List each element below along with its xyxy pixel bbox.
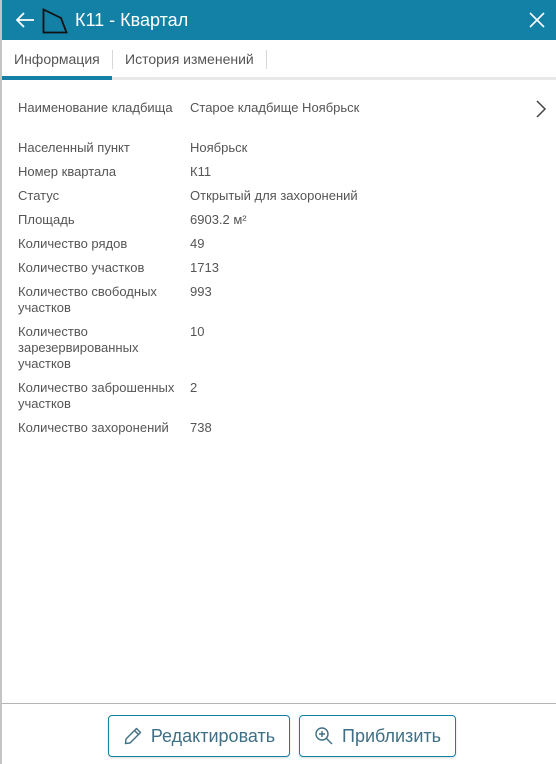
field-label: Количество свободных участков (18, 284, 178, 316)
panel-title: К11 - Квартал (75, 8, 188, 32)
field-value: 6903.2 м² (190, 212, 520, 228)
field-value: Открытый для захоронений (190, 188, 520, 204)
pencil-icon (123, 726, 143, 746)
arrow-left-icon (15, 11, 35, 29)
back-button[interactable] (14, 8, 36, 32)
close-button[interactable] (526, 9, 548, 31)
field-label: Населенный пункт (18, 140, 178, 156)
tab-change-history[interactable]: История изменений (113, 40, 266, 77)
quarter-info-panel: К11 - Квартал Информация История изменен… (0, 0, 556, 764)
zoom-in-button[interactable]: Приблизить (299, 715, 456, 757)
close-icon (529, 12, 545, 28)
field-label: Количество заброшенных участков (18, 380, 178, 412)
tab-bar: Информация История изменений (2, 40, 556, 80)
field-label: Количество захоронений (18, 420, 178, 436)
field-value: 49 (190, 236, 520, 252)
field-value: Ноябрьск (190, 140, 520, 156)
field-label: Номер квартала (18, 164, 178, 180)
zoom-in-button-label: Приблизить (342, 726, 441, 747)
panel-header: К11 - Квартал (2, 0, 556, 40)
field-value: 10 (190, 324, 520, 340)
field-label: Статус (18, 188, 178, 204)
tab-information[interactable]: Информация (2, 40, 112, 77)
tab-divider (266, 50, 267, 69)
tab-label: История изменений (125, 51, 254, 67)
field-value: 1713 (190, 260, 520, 276)
zoom-in-icon (314, 726, 334, 746)
edit-button[interactable]: Редактировать (108, 715, 290, 757)
quarter-polygon-icon (42, 8, 68, 34)
field-label: Площадь (18, 212, 178, 228)
info-content: Наименование кладбища Старое кладбище Но… (2, 83, 556, 703)
field-value: 738 (190, 420, 520, 436)
field-value: К11 (190, 164, 520, 180)
panel-footer: Редактировать Приблизить (2, 703, 556, 764)
field-label: Количество участков (18, 260, 178, 276)
field-label: Количество рядов (18, 236, 178, 252)
field-value: Старое кладбище Ноябрьск (190, 100, 520, 116)
field-label: Количество зарезервированных участков (18, 324, 178, 372)
field-value: 2 (190, 380, 520, 396)
edit-button-label: Редактировать (151, 726, 275, 747)
chevron-right-icon[interactable] (534, 99, 548, 119)
tab-label: Информация (14, 51, 100, 67)
field-value: 993 (190, 284, 520, 300)
field-label: Наименование кладбища (18, 100, 178, 116)
